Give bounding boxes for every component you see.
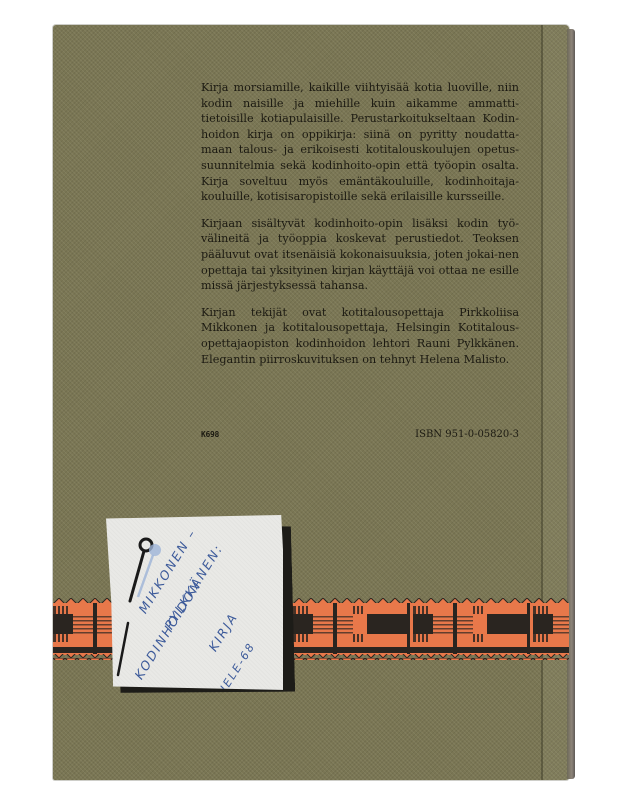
cover-footer: K698 ISBN 951-0-05820-3 (201, 429, 519, 440)
blurb-paragraph-3: Kirjan tekijät ovat kotitalousopettaja P… (201, 305, 519, 367)
book-edge (567, 29, 575, 779)
blurb-text: Kirja morsiamille, kaikille viihtyisää k… (201, 80, 519, 378)
product-code: K698 (201, 430, 219, 439)
book-back-cover: Kirja morsiamille, kaikille viihtyisää k… (53, 25, 569, 780)
blurb-paragraph-2: Kirjaan sisältyvät kodinhoito-opin lisäk… (201, 216, 519, 294)
spine-strip (543, 25, 569, 780)
title-label-card: MIKKONEN – PYLKKÄNEN: KODINHOIDON KIRJA … (106, 515, 283, 690)
blurb-paragraph-1: Kirja morsiamille, kaikille viihtyisää k… (201, 80, 519, 205)
isbn: ISBN 951-0-05820-3 (415, 429, 519, 440)
